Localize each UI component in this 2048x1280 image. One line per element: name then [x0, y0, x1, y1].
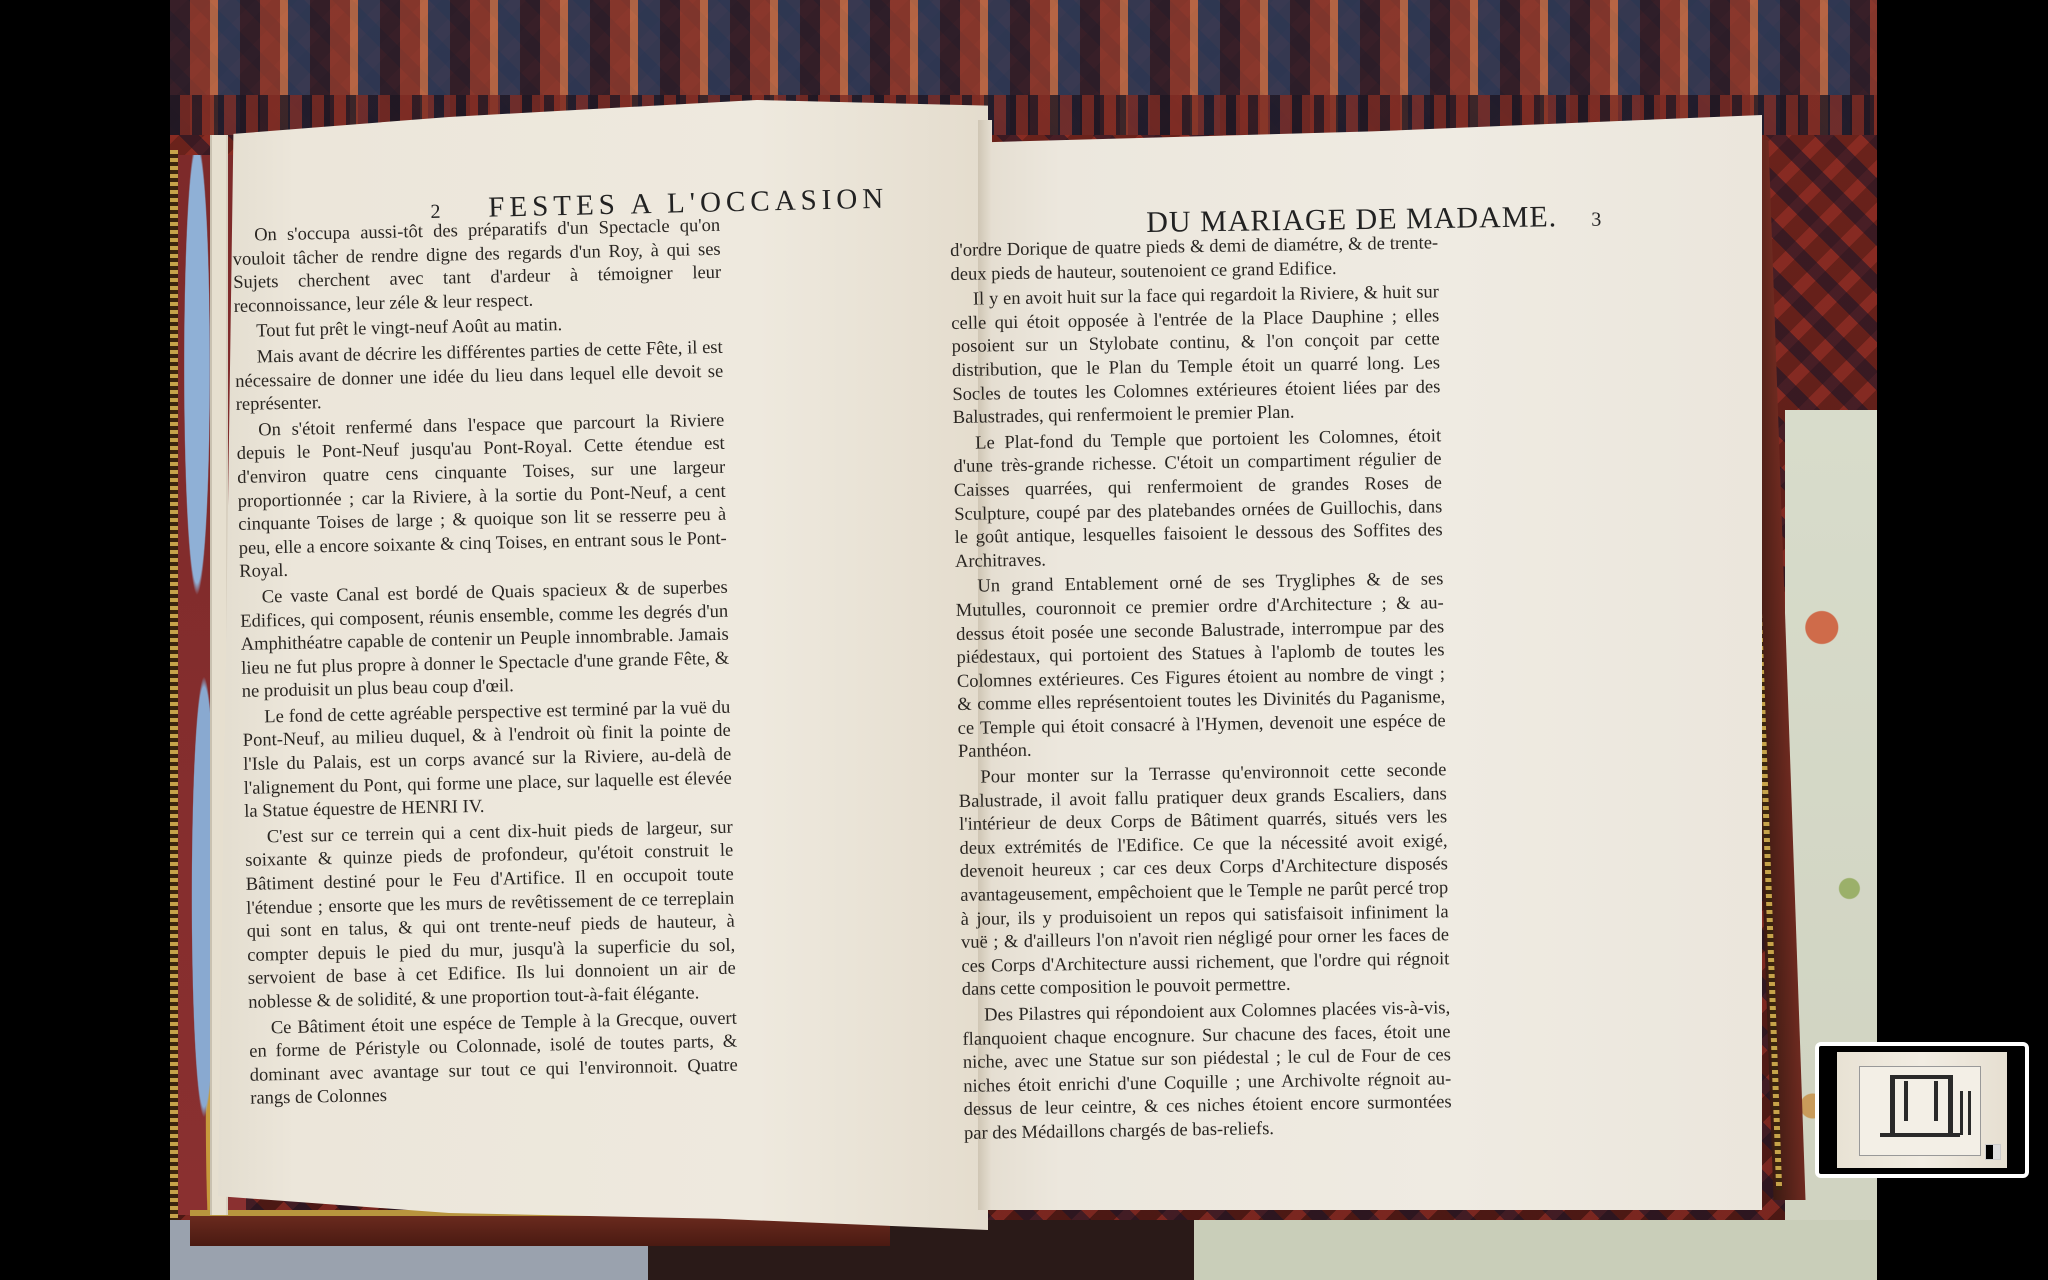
paragraph: Le Plat-fond du Temple que portoient les… [953, 425, 1443, 574]
thumbnail-book-image [1837, 1052, 2007, 1168]
right-folio: 3 [1591, 209, 1605, 231]
paragraph: d'ordre Dorique de quatre pieds & demi d… [950, 232, 1439, 287]
right-page-text: d'ordre Dorique de quatre pieds & demi d… [950, 232, 1452, 1148]
thumbnail-preview-icon [1985, 1144, 2001, 1160]
paragraph: Des Pilastres qui répondoient aux Colomn… [962, 997, 1452, 1146]
paragraph: Pour monter sur la Terrasse qu'environno… [958, 759, 1450, 1003]
paragraph: Ce vaste Canal est bordé de Quais spacie… [240, 577, 730, 705]
gilt-tooling-left [170, 150, 178, 1220]
paragraph: Ce Bâtiment étoit une espéce de Temple à… [249, 1007, 739, 1112]
paragraph: Un grand Entablement orné de ses Tryglip… [955, 569, 1446, 765]
paragraph: On s'étoit renfermé dans l'espace que pa… [236, 409, 727, 584]
paragraph: Mais avant de décrire les différentes pa… [235, 337, 724, 418]
left-page-text: On s'occupa aussi-tôt des préparatifs d'… [232, 215, 739, 1114]
paragraph: On s'occupa aussi-tôt des préparatifs d'… [232, 215, 722, 320]
paragraph: Le fond de cette agréable perspective es… [242, 697, 732, 825]
paragraph: C'est sur ce terrein qui a cent dix-huit… [245, 816, 737, 1015]
next-image-thumbnail[interactable] [1815, 1042, 2029, 1178]
paragraph: Il y en avoit huit sur la face qui regar… [951, 282, 1441, 431]
floor-plan-engraving [1859, 1066, 1981, 1156]
